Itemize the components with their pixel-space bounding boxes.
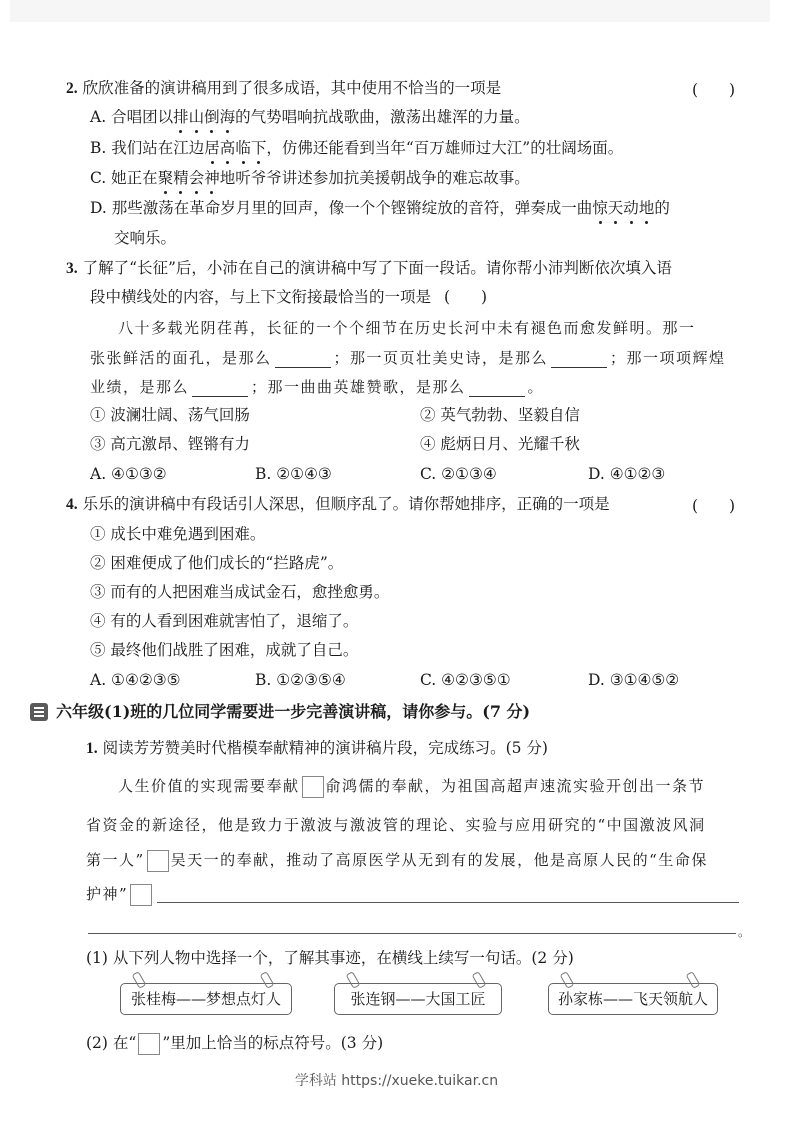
- q2-option-b: B. 我们站在江边居高临下，仿佛还能看到当年“百万雄师过大江”的壮阔场面。: [90, 138, 623, 158]
- q2-answer-paren[interactable]: ( ): [692, 78, 735, 100]
- option-text: 的气势唱响抗战歌曲，激荡出雄浑的力量。: [235, 108, 530, 126]
- q3-item-4: ④ 彪炳日月、光耀千秋: [420, 434, 580, 454]
- passage-text: 人生价值的实现需要奉献: [118, 777, 300, 795]
- option-label: B.: [90, 139, 106, 157]
- punctuation-box-2[interactable]: [147, 850, 169, 872]
- top-band: [10, 0, 770, 22]
- option-text: 的: [654, 199, 670, 217]
- passage-text: ；那一项项辉煌: [610, 349, 726, 367]
- s3-passage-line4: 护神”: [86, 884, 154, 906]
- emphasis-char: 山: [189, 107, 205, 127]
- punctuation-box-3[interactable]: [130, 884, 152, 906]
- fill-blank-4[interactable]: [469, 380, 525, 397]
- punctuation-box-1[interactable]: [302, 776, 324, 798]
- q3-item-1: ① 波澜壮阔、荡气回肠: [90, 405, 250, 425]
- emphasis-char: 惊: [592, 198, 608, 218]
- emphasis-char: 动: [623, 198, 639, 218]
- q4-item-4: ④ 有的人看到困难就害怕了，退缩了。: [90, 611, 358, 631]
- paperclip-icon: [686, 971, 701, 989]
- paperclip-icon: [560, 971, 575, 989]
- option-text: ，仿佛还能看到当年“百万雄师过大江”的壮阔场面。: [266, 139, 623, 157]
- sub2-text: (2) 在“: [86, 1034, 136, 1052]
- emphasis-char: 下: [251, 138, 267, 158]
- q3-item-3: ③ 高亢激昂、铿锵有力: [90, 434, 250, 454]
- passage-text: 护神”: [86, 885, 128, 903]
- q4-choice-d[interactable]: D. ③①④⑤②: [588, 670, 679, 690]
- option-text: 她正在: [111, 169, 158, 187]
- paperclip-icon: [132, 971, 147, 989]
- emphasis-char: 聚: [158, 168, 174, 188]
- emphasis-char: 天: [608, 198, 624, 218]
- s3-q1-number: 1.: [86, 740, 98, 757]
- emphasis-char: 地: [639, 198, 655, 218]
- q3-choice-c[interactable]: C. ②①③④: [420, 464, 497, 484]
- emphasis-char: 精: [173, 168, 189, 188]
- answer-line-1[interactable]: [157, 902, 739, 903]
- q3-answer-paren[interactable]: ( ): [444, 288, 487, 306]
- q2-option-d-cont: 交响乐。: [114, 228, 176, 248]
- emphasis-char: 临: [235, 138, 251, 158]
- person-card-3[interactable]: 孙家栋——飞天领航人: [548, 983, 718, 1015]
- section-three-icon: [30, 703, 48, 721]
- q4-item-1: ① 成长中难免遇到困难。: [90, 524, 265, 544]
- q2-option-c: C. 她正在聚精会神地听爷爷讲述参加抗美援朝战争的难忘故事。: [90, 168, 530, 188]
- q3-passage-line1: 八十多载光阴荏苒，长征的一个个细节在历史长河中未有褪色而愈发鲜明。那一: [118, 318, 696, 338]
- q3-stem-text: 段中横线处的内容，与上下文衔接最恰当的一项是: [90, 288, 431, 306]
- s3-passage-line3: 第一人”吴天一的奉献，推动了高原医学从无到有的发展，他是高原人民的“生命保: [86, 850, 708, 872]
- passage-text: 张张鲜活的面孔，是那么: [90, 349, 272, 367]
- fill-blank-2[interactable]: [551, 351, 607, 368]
- paperclip-icon: [260, 971, 275, 989]
- passage-text: 俞鸿儒的奉献，为祖国高超声速流实验开创出一条节: [326, 777, 706, 795]
- q4-choice-a[interactable]: A. ①④②③⑤: [90, 670, 181, 690]
- q2-number: 2.: [66, 80, 78, 97]
- emphasis-char: 高: [220, 138, 236, 158]
- card-label: 孙家栋——飞天领航人: [558, 990, 708, 1008]
- q2-option-d: D. 那些激荡在革命岁月里的回声，像一个个铿锵绽放的音符，弹奏成一曲惊天动地的: [90, 198, 670, 218]
- punctuation-box-example: [138, 1033, 160, 1055]
- person-card-1[interactable]: 张桂梅——梦想点灯人: [120, 983, 292, 1015]
- option-text: 我们站在江边: [111, 139, 204, 157]
- option-text: 地听爷爷讲述参加抗美援朝战争的难忘故事。: [220, 169, 530, 187]
- end-mark: 。: [738, 922, 750, 942]
- option-text: 合唱团以: [111, 108, 173, 126]
- section-title: 六年级(1)班的几位同学需要进一步完善演讲稿，请你参与。(7 分): [56, 702, 530, 722]
- q3-choice-a[interactable]: A. ④①③②: [90, 464, 167, 484]
- q4-stem: 4. 乐乐的演讲稿中有段话引人深思，但顺序乱了。请你帮她排序，正确的一项是: [66, 494, 610, 515]
- q3-stem-line1: 3. 了解了“长征”后，小沛在自己的演讲稿中写了下面一段话。请你帮小沛判断依次填…: [66, 258, 672, 279]
- q3-choice-d[interactable]: D. ④①②③: [588, 464, 665, 484]
- q4-choice-c[interactable]: C. ④②③⑤①: [420, 670, 511, 690]
- passage-text: 吴天一的奉献，推动了高原医学从无到有的发展，他是高原人民的“生命保: [171, 851, 708, 869]
- q3-item-2: ② 英气勃勃、坚毅自信: [420, 405, 580, 425]
- s3-q1-stem-text: 阅读芳芳赞美时代楷模奉献精神的演讲稿片段，完成练习。(5 分): [103, 739, 548, 757]
- passage-text: ；那一曲曲英雄赞歌，是那么: [251, 378, 466, 396]
- emphasis-char: 倒: [204, 107, 220, 127]
- person-card-2[interactable]: 张连钢——大国工匠: [334, 983, 502, 1015]
- passage-text: 。: [528, 378, 545, 396]
- option-text: 那些激荡在革命岁月里的回声，像一个个铿锵绽放的音符，弹奏成一曲: [112, 199, 593, 217]
- s3-passage-line2: 省资金的新途径，他是致力于激波与激波管的理论、实验与应用研究的“中国激波风洞: [86, 815, 706, 835]
- option-label: A.: [90, 108, 106, 126]
- paperclip-icon: [472, 971, 487, 989]
- q4-item-3: ③ 而有的人把困难当成试金石，愈挫愈勇。: [90, 582, 389, 602]
- emphasis-char: 居: [204, 138, 220, 158]
- answer-line-2[interactable]: [88, 933, 736, 934]
- emphasis-char: 神: [204, 168, 220, 188]
- paperclip-icon: [346, 971, 361, 989]
- emphasis-char: 会: [189, 168, 205, 188]
- card-label: 张连钢——大国工匠: [350, 990, 485, 1008]
- q4-choice-b[interactable]: B. ①②③⑤④: [255, 670, 346, 690]
- q4-item-5: ⑤ 最终他们战胜了困难，成就了自己。: [90, 640, 358, 660]
- q3-passage-line3: 业绩，是那么；那一曲曲英雄赞歌，是那么。: [90, 377, 544, 397]
- q3-passage-line2: 张张鲜活的面孔，是那么；那一页页壮美史诗，是那么；那一项项辉煌: [90, 348, 726, 368]
- fill-blank-1[interactable]: [275, 351, 331, 368]
- q3-stem-text: 了解了“长征”后，小沛在自己的演讲稿中写了下面一段话。请你帮小沛判断依次填入语: [83, 259, 672, 277]
- emphasis-char: 排: [173, 107, 189, 127]
- q4-item-2: ② 困难便成了他们成长的“拦路虎”。: [90, 553, 343, 573]
- q3-number: 3.: [66, 260, 78, 277]
- emphasis-char: 海: [220, 107, 236, 127]
- footer-watermark: 学科站 https://xueke.tuikar.cn: [0, 1070, 793, 1090]
- q2-option-a: A. 合唱团以排山倒海的气势唱响抗战歌曲，激荡出雄浑的力量。: [90, 107, 530, 127]
- passage-text: 业绩，是那么: [90, 378, 189, 396]
- option-label: D.: [90, 199, 107, 217]
- card-label: 张桂梅——梦想点灯人: [131, 990, 281, 1008]
- q4-number: 4.: [66, 496, 78, 513]
- option-label: C.: [90, 169, 106, 187]
- fill-blank-3[interactable]: [192, 380, 248, 397]
- q4-answer-paren[interactable]: ( ): [692, 494, 735, 516]
- s3-sub1: (1) 从下列人物中选择一个，了解其事迹，在横线上续写一句话。(2 分): [86, 948, 574, 968]
- q3-stem-line2: 段中横线处的内容，与上下文衔接最恰当的一项是 ( ): [90, 287, 487, 307]
- s3-q1-stem: 1. 阅读芳芳赞美时代楷模奉献精神的演讲稿片段，完成练习。(5 分): [86, 738, 548, 759]
- s3-passage-line1: 人生价值的实现需要奉献俞鸿儒的奉献，为祖国高超声速流实验开创出一条节: [118, 776, 705, 798]
- q3-choice-b[interactable]: B. ②①④③: [255, 464, 332, 484]
- q2-stem: 2. 欣欣准备的演讲稿用到了很多成语，其中使用不恰当的一项是: [66, 78, 501, 99]
- passage-text: 第一人”: [86, 851, 145, 869]
- s3-sub2: (2) 在“”里加上恰当的标点符号。(3 分): [86, 1033, 383, 1055]
- sub2-text: ”里加上恰当的标点符号。(3 分): [162, 1034, 383, 1052]
- q2-stem-text: 欣欣准备的演讲稿用到了很多成语，其中使用不恰当的一项是: [83, 79, 502, 97]
- passage-text: ；那一页页壮美史诗，是那么: [334, 349, 549, 367]
- q4-stem-text: 乐乐的演讲稿中有段话引人深思，但顺序乱了。请你帮她排序，正确的一项是: [83, 495, 610, 513]
